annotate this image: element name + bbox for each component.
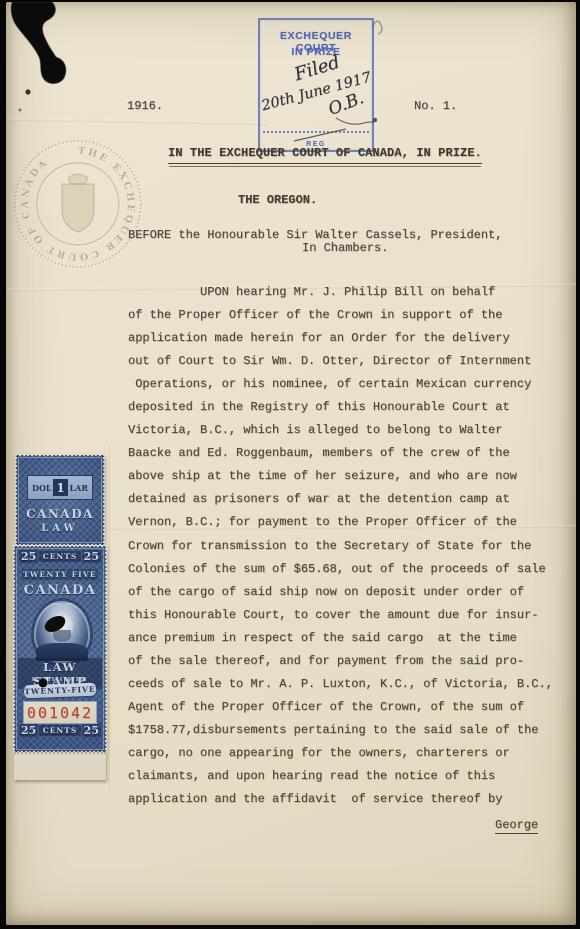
typed-line: claimants, and upon hearing read the not…	[128, 765, 553, 788]
king-george-portrait	[34, 601, 90, 663]
embossed-court-seal: THE EXCHEQUER COURT OF CANADA THE EXCHEQ…	[6, 130, 158, 282]
typed-line: Vernon, B.C.; for payment to the Proper …	[128, 511, 553, 534]
cents-label: CENTS	[39, 551, 82, 562]
typed-line: Crown for transmission to the Secretary …	[128, 535, 553, 558]
typed-line: application made herein for an Order for…	[128, 327, 553, 350]
typed-line: Baacke and Ed. Roggenbaum, members of th…	[128, 442, 553, 465]
typed-line: Agent of the Proper Officer of the Crown…	[128, 696, 553, 719]
docket-number: No. 1.	[414, 99, 457, 113]
denom-left: DOL	[32, 483, 52, 493]
value-numeral-right: 25	[82, 550, 101, 563]
filing-stamp-dotted-line	[263, 131, 369, 133]
seal-inner-ring	[38, 164, 120, 246]
document-year: 1916.	[127, 99, 163, 113]
paper-crease	[107, 444, 110, 789]
typed-line: application and the affidavit of service…	[128, 788, 553, 811]
typed-line: $1758.77,disbursements pertaining to the…	[128, 719, 553, 742]
burn-hole-top-left	[11, 2, 66, 84]
serial-number-panel: 001042	[23, 701, 97, 724]
typed-line: cargo, no one appearing for the owners, …	[128, 742, 553, 765]
seal-outer-ring-shadow	[15, 141, 141, 267]
court-title: IN THE EXCHEQUER COURT OF CANADA, IN PRI…	[168, 146, 482, 164]
seal-ring-text-highlight: THE EXCHEQUER COURT OF CANADA	[20, 146, 136, 262]
before-judge-line: BEFORE the Honourable Sir Walter Cassels…	[128, 228, 502, 242]
typed-line: Colonies of the sum of $65.68, out of th…	[128, 558, 553, 581]
twenty-five-banner: TWENTY FIVE	[22, 569, 98, 580]
twenty-five-ribbon: TWENTY-FIVE	[24, 683, 96, 699]
filing-stamp-prize-label: IN PRIZE	[260, 46, 372, 58]
stamp-law-label: LAW	[16, 523, 104, 534]
seal-outer-ring	[16, 142, 142, 268]
value-numeral-left: 25	[19, 724, 38, 737]
one-dollar-value-panel: DOL 1 LAR	[27, 475, 93, 500]
typed-line: of the sale thereof, and for payment fro…	[128, 650, 553, 673]
typed-line: detained as prisoners of war at the dete…	[128, 488, 553, 511]
typed-line: Victoria, B.C., which is alleged to belo…	[128, 419, 553, 442]
in-chambers-line: In Chambers.	[302, 241, 388, 255]
denom-numeral: 1	[53, 479, 68, 496]
twenty-five-cent-law-stamp: 25 CENTS 25 TWENTY FIVE CANADA LAW STAMP…	[14, 546, 106, 752]
typed-line: out of Court to Sir Wm. D. Otter, Direct…	[128, 350, 553, 373]
typed-line: above ship at the time of her seizure, a…	[128, 465, 553, 488]
typed-line: of the Proper Officer of the Crown in su…	[128, 304, 553, 327]
cents-label: CENTS	[39, 725, 82, 736]
stamp-serial-number: 001042	[27, 704, 93, 722]
value-numeral-left: 25	[19, 550, 38, 563]
value-numeral-right: 25	[82, 724, 101, 737]
stamp-bottom-value-row: 25 CENTS 25	[19, 724, 101, 737]
stamp-selvage-margin	[14, 752, 106, 780]
case-name: THE OREGON.	[238, 193, 317, 207]
order-body-text: UPON hearing Mr. J. Philip Bill on behal…	[128, 281, 553, 811]
stamp-country-label: CANADA	[16, 507, 104, 521]
seal-inner-ring-shadow	[37, 163, 119, 245]
typed-line: Operations, or his nominee, of certain M…	[128, 373, 553, 396]
typed-line: ance premium in respect of the said carg…	[128, 627, 553, 650]
seal-ring-text: THE EXCHEQUER COURT OF CANADA	[20, 146, 136, 262]
denom-right: LAR	[70, 483, 88, 493]
catchword: George	[495, 818, 538, 834]
photo-background: THE EXCHEQUER COURT OF CANADA THE EXCHEQ…	[0, 0, 580, 929]
typed-line: UPON hearing Mr. J. Philip Bill on behal…	[128, 281, 553, 304]
typed-line: this Honourable Court, to cover the amou…	[128, 604, 553, 627]
ink-speck	[19, 109, 22, 112]
typed-line: ceeds of sale to Mr. A. P. Luxton, K.C.,…	[128, 673, 553, 696]
portrait-beard	[53, 630, 71, 642]
typed-line: of the cargo of said ship now on deposit…	[128, 581, 553, 604]
paper-crease	[6, 118, 268, 126]
one-dollar-law-stamp: DOL 1 LAR CANADA LAW	[16, 455, 104, 545]
seal-crest-shield	[62, 184, 94, 232]
document-page: THE EXCHEQUER COURT OF CANADA THE EXCHEQ…	[6, 2, 576, 925]
stamp-country-label: CANADA	[14, 583, 106, 598]
series-ornament-band	[32, 677, 88, 681]
stamp-top-value-row: 25 CENTS 25	[19, 550, 101, 563]
typed-line: deposited in the Registry of this Honour…	[128, 396, 553, 419]
ink-speck	[25, 89, 30, 94]
seal-crest-crown	[68, 174, 88, 184]
